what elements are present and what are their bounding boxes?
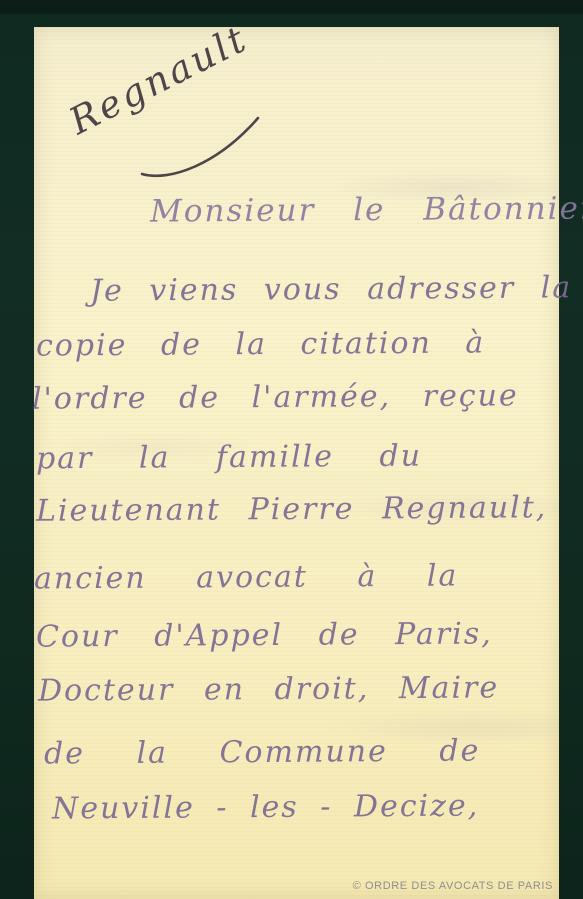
letter-line: par la famille du [36,439,422,477]
letter-line: Neuville - les - Decize, [52,789,480,827]
letter-line: de la Commune de [44,733,481,771]
salutation-line: Monsieur le Bâtonnier, [150,190,583,229]
letter-line: Cour d'Appel de Paris, [36,616,493,654]
letter-line: ancien avocat à la [34,559,459,597]
letter-line: Lieutenant Pierre Regnault, [36,490,548,529]
letter-line: Je viens vous adresser la [90,270,572,308]
copyright-credit: © ORDRE DES AVOCATS DE PARIS [353,880,553,892]
scan-frame: Regnault Monsieur le Bâtonnier, Je viens… [0,0,583,899]
letter-line: l'ordre de l'armée, reçue [32,378,519,416]
letter-line: Docteur en droit, Maire [38,670,499,708]
letter-line: copie de la citation à [36,325,485,363]
